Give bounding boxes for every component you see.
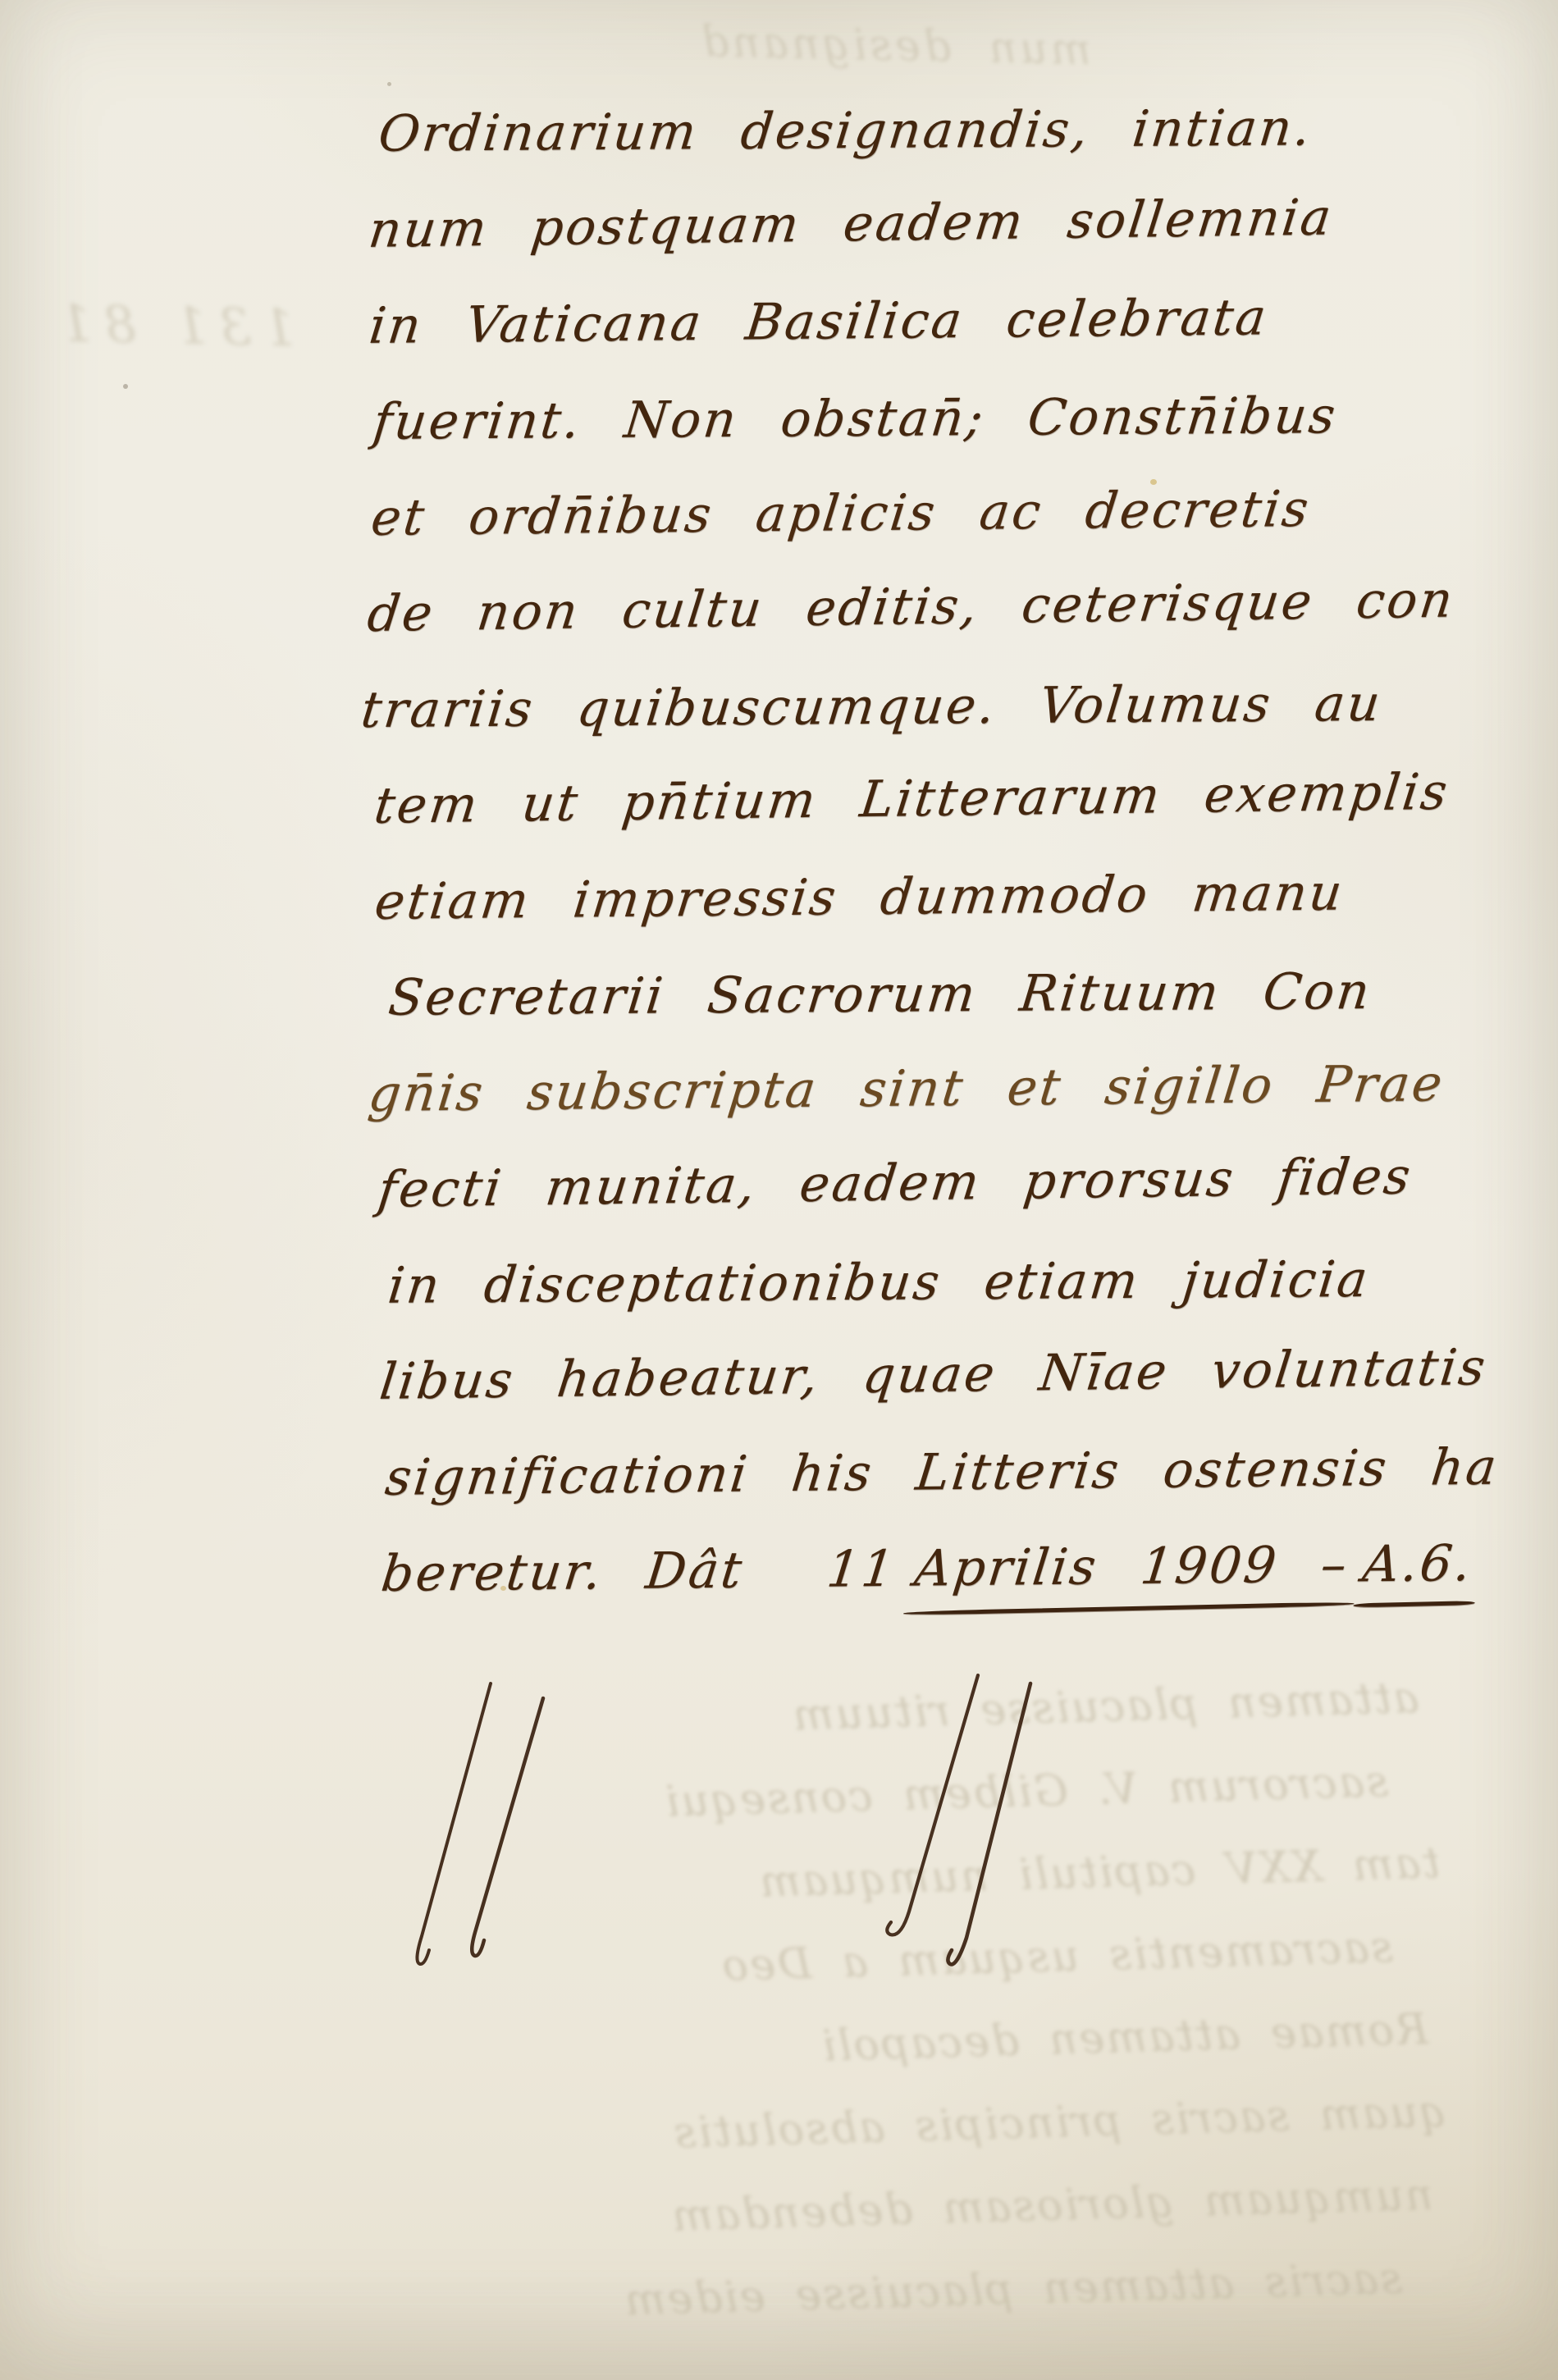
date-annotation-underlined: A.6. bbox=[1359, 1534, 1476, 1593]
manuscript-line: num postquam eadem sollemnia bbox=[361, 186, 1464, 297]
paper-speck bbox=[500, 1586, 506, 1591]
paper-speck bbox=[387, 82, 391, 86]
manuscript-line: Secretarii Sacrorum Rituum Con bbox=[382, 962, 1469, 1065]
manuscript-line: in Vaticana Basilica celebrata bbox=[362, 286, 1464, 393]
slash-stroke bbox=[472, 1698, 543, 1956]
bleedthrough-top-line: mun designand bbox=[352, 11, 1091, 75]
date-prefix: beretur. Dât bbox=[378, 1542, 747, 1603]
manuscript-line: trariis quibuscumque. Volumus au bbox=[354, 674, 1467, 777]
manuscript-line: de non cultu editis, ceterisque con bbox=[360, 570, 1468, 681]
manuscript-line: Ordinarium designandis, intian. bbox=[372, 98, 1461, 201]
manuscript-line: significationi his Litteris ostensis ha bbox=[378, 1438, 1475, 1545]
manuscript-lines: Ordinarium designandis, intian.num postq… bbox=[359, 94, 1464, 1545]
manuscript-date-line: beretur. Dât 11 Aprilis 1909 – A.6. bbox=[374, 1534, 1476, 1641]
manuscript-page: mun designand 131 81 attamen placuisse r… bbox=[0, 0, 1558, 2380]
paper-speck bbox=[1150, 479, 1157, 485]
manuscript-line: fuerint. Non obstan̄; Constn̄ibus bbox=[366, 386, 1464, 489]
date-spacer bbox=[742, 1587, 825, 1587]
manuscript-line: in disceptationibus etiam judicia bbox=[382, 1249, 1473, 1353]
bleedthrough-numbers: 131 81 bbox=[32, 293, 295, 359]
manuscript-line: tem ut pn̄tium Litterarum exemplis bbox=[367, 762, 1469, 873]
slash-stroke bbox=[948, 1683, 1030, 1964]
manuscript-line: libus habeatur, quae Nīae voluntatis bbox=[372, 1338, 1475, 1449]
slash-stroke bbox=[887, 1675, 978, 1935]
manuscript-text: Ordinarium designandis, intian.num postq… bbox=[359, 94, 1465, 1641]
manuscript-line: et ordn̄ibus aplicis ac decretis bbox=[364, 478, 1466, 585]
ink-slash-marks bbox=[353, 1665, 1091, 2010]
date-day: 11 bbox=[824, 1540, 899, 1599]
manuscript-line: etiam impressis dummodo manu bbox=[368, 862, 1469, 969]
paper-speck bbox=[123, 384, 128, 389]
manuscript-line: fecti munita, eadem prorsus fides bbox=[370, 1146, 1473, 1257]
manuscript-line: gn̄is subscripta sint et sigillo Prae bbox=[361, 1054, 1471, 1161]
date-month-year-underlined: Aprilis 1909 – bbox=[911, 1535, 1352, 1597]
